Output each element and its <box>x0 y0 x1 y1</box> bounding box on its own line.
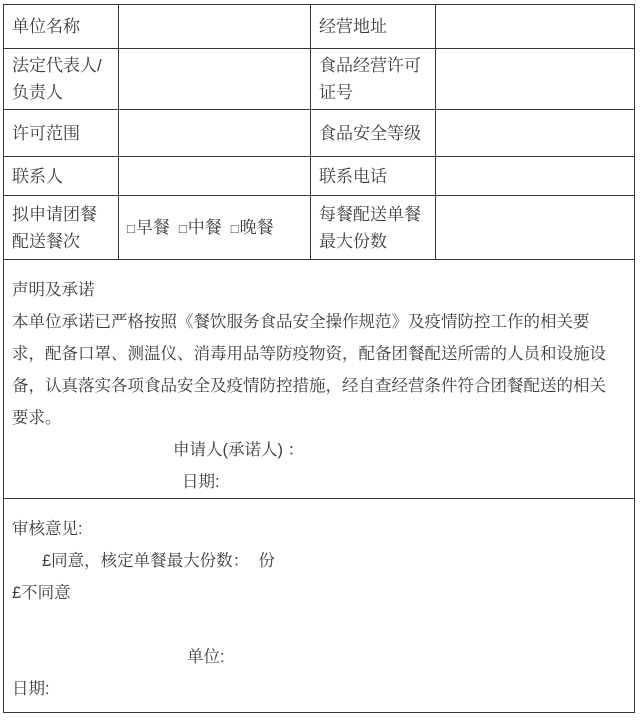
checkbox-option-breakfast[interactable]: □早餐 <box>127 218 170 237</box>
label-food-safety-grade: 食品安全等级 <box>311 110 436 157</box>
table-row: 法定代表人/负责人 食品经营许可证号 <box>4 49 635 110</box>
table-row: 联系人 联系电话 <box>4 157 635 196</box>
input-cell-food-license-number[interactable] <box>436 49 635 110</box>
checkbox-option-label: 晚餐 <box>240 218 274 237</box>
declaration-row: 声明及承诺 本单位承诺已严格按照《餐饮服务食品安全操作规范》及疫情防控工作的相关… <box>4 260 635 499</box>
label-food-license-number: 食品经营许可证号 <box>311 49 436 110</box>
declaration-text-line: 本单位承诺已严格按照《餐饮服务食品安全操作规范》及疫情防控工作的相关要 <box>12 306 626 338</box>
checkbox-icon: □ <box>179 221 187 236</box>
checkbox-option-label: 早餐 <box>136 218 170 237</box>
input-cell-max-portions-per-meal[interactable] <box>436 196 635 260</box>
applicant-signature-label: 申请人(承诺人) ： <box>12 434 626 466</box>
label-contact-phone: 联系电话 <box>311 157 436 196</box>
label-legal-representative: 法定代表人/负责人 <box>4 49 119 110</box>
input-cell-contact-person[interactable] <box>119 157 311 196</box>
table-row: 拟申请团餐配送餐次 □早餐□中餐□晚餐 每餐配送单餐最大份数 <box>4 196 635 260</box>
label-license-scope: 许可范围 <box>4 110 119 157</box>
label-contact-person: 联系人 <box>4 157 119 196</box>
input-cell-license-scope[interactable] <box>119 110 311 157</box>
review-cell: 审核意见: £同意，核定单餐最大份数： 份 £不同意 单位: 日期: <box>4 499 635 713</box>
checkbox-icon: □ <box>231 221 239 236</box>
checkbox-icon: □ <box>127 221 135 236</box>
review-date-label: 日期: <box>12 673 626 705</box>
review-title: 审核意见: <box>12 513 626 545</box>
label-business-address: 经营地址 <box>311 5 436 49</box>
meal-options-cell: □早餐□中餐□晚餐 <box>119 196 311 260</box>
agree-option[interactable]: £同意，核定单餐最大份数： 份 <box>12 545 626 577</box>
label-max-portions-per-meal: 每餐配送单餐最大份数 <box>311 196 436 260</box>
checkbox-option-lunch[interactable]: □中餐 <box>179 218 222 237</box>
declaration-title: 声明及承诺 <box>12 274 626 306</box>
input-cell-contact-phone[interactable] <box>436 157 635 196</box>
table-row: 单位名称 经营地址 <box>4 5 635 49</box>
input-cell-unit-name[interactable] <box>119 5 311 49</box>
checkbox-option-dinner[interactable]: □晚餐 <box>231 218 274 237</box>
review-unit-label: 单位: <box>12 641 626 673</box>
declaration-text-line: 要求。 <box>12 402 626 434</box>
input-cell-legal-representative[interactable] <box>119 49 311 110</box>
declaration-cell: 声明及承诺 本单位承诺已严格按照《餐饮服务食品安全操作规范》及疫情防控工作的相关… <box>4 260 635 499</box>
input-cell-business-address[interactable] <box>436 5 635 49</box>
label-unit-name: 单位名称 <box>4 5 119 49</box>
disagree-option[interactable]: £不同意 <box>12 577 626 609</box>
declaration-text-line: 备，认真落实各项食品安全及疫情防控措施，经自查经营条件符合团餐配送的相关 <box>12 370 626 402</box>
input-cell-food-safety-grade[interactable] <box>436 110 635 157</box>
blank-line <box>12 609 626 641</box>
application-form-sheet: 单位名称 经营地址 法定代表人/负责人 食品经营许可证号 许可范围 食品安全等级… <box>3 4 635 713</box>
declaration-date-label: 日期: <box>12 466 626 498</box>
label-meal-times-applied: 拟申请团餐配送餐次 <box>4 196 119 260</box>
application-form-table: 单位名称 经营地址 法定代表人/负责人 食品经营许可证号 许可范围 食品安全等级… <box>3 4 635 713</box>
checkbox-option-label: 中餐 <box>188 218 222 237</box>
declaration-text-line: 求，配备口罩、测温仪、消毒用品等防疫物资，配备团餐配送所需的人员和设施设 <box>12 338 626 370</box>
table-row: 许可范围 食品安全等级 <box>4 110 635 157</box>
review-row: 审核意见: £同意，核定单餐最大份数： 份 £不同意 单位: 日期: <box>4 499 635 713</box>
